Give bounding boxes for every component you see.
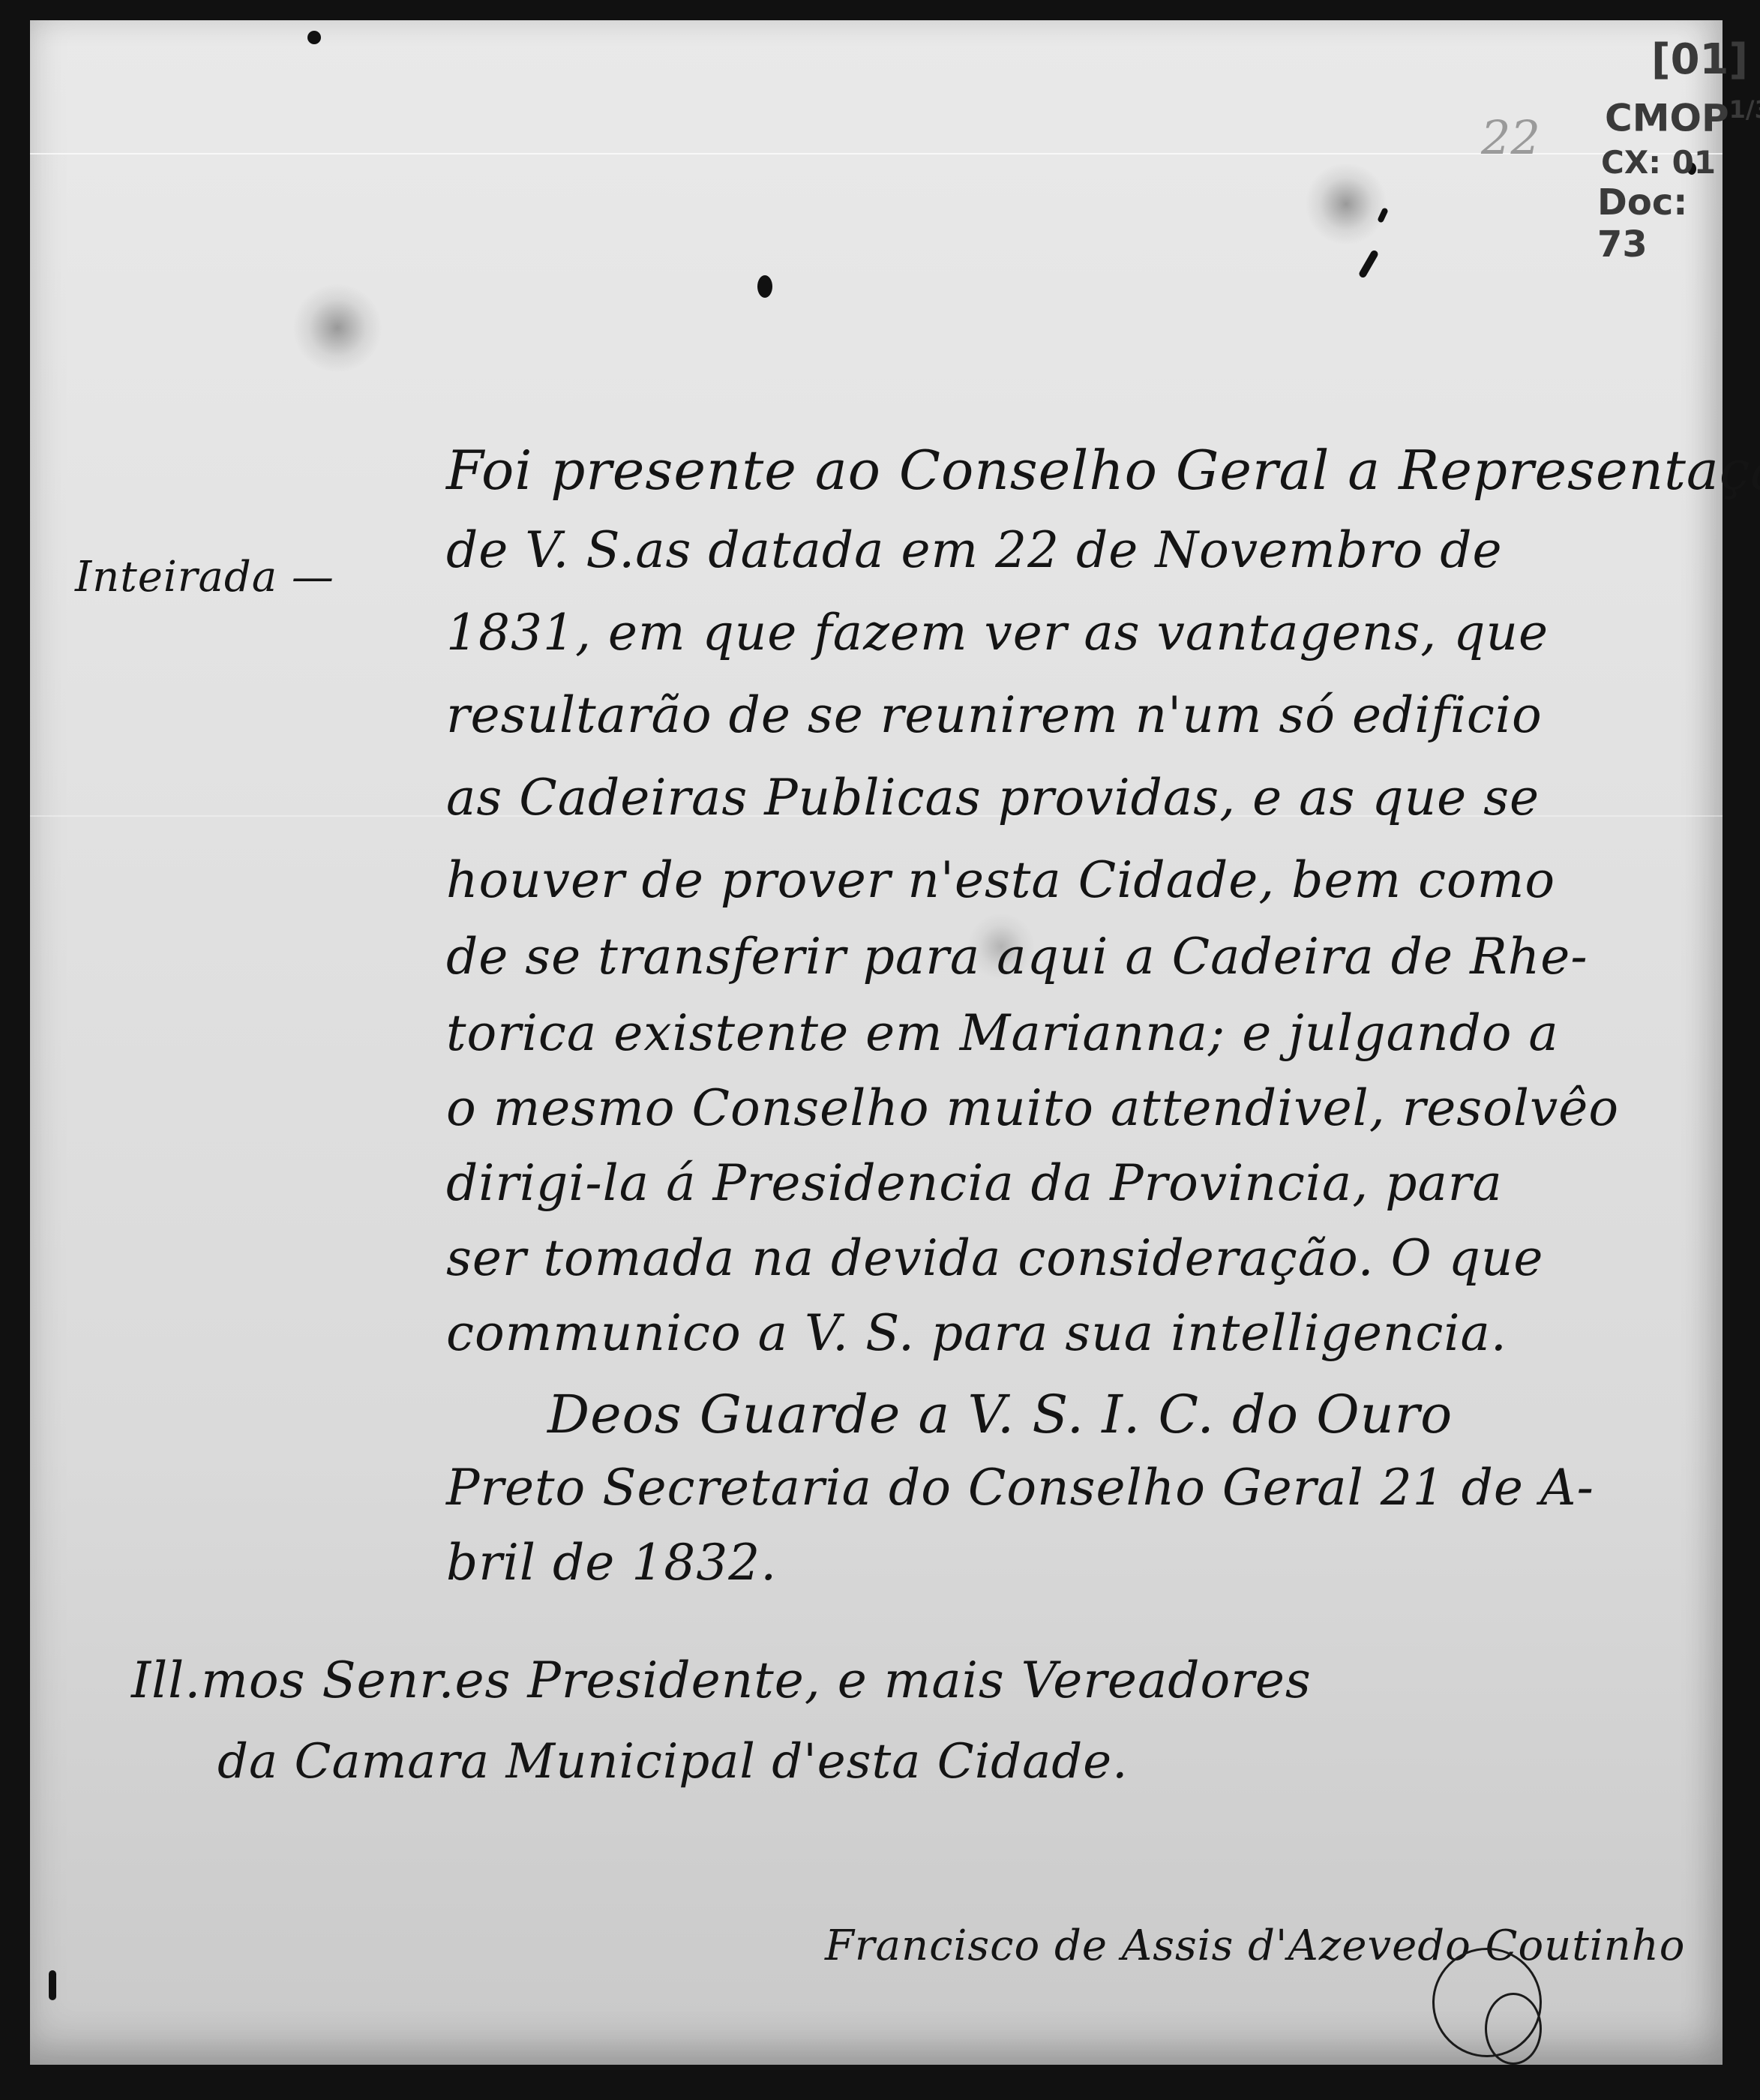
closing-line: Preto Secretaria do Conselho Geral 21 de… (446, 1459, 1594, 1516)
scan-artifact-line (30, 153, 1723, 154)
ink-dot (307, 31, 321, 44)
foxing-stain (1305, 163, 1387, 245)
body-line: resultarão de se reunirem n'um só edific… (446, 686, 1543, 744)
margin-note: Inteirada — (75, 553, 334, 601)
ink-blot (757, 275, 772, 298)
scanned-document: [01] CMOP1/3 CX: 01 Doc: 73 22 Inteirada… (0, 0, 1760, 2100)
ink-stroke (49, 1970, 56, 2000)
body-line: torica existente em Marianna; e julgando… (446, 1004, 1559, 1062)
body-line: houver de prover n'esta Cidade, bem como (446, 851, 1555, 909)
archive-collection-code: CMOP (1605, 97, 1729, 140)
signature-name: Francisco de Assis d'Azevedo Coutinho (825, 1921, 1685, 1970)
archive-box: CX: 01 (1601, 144, 1716, 181)
foxing-stain (292, 283, 382, 373)
body-line: dirigi-la á Presidencia da Provincia, pa… (446, 1154, 1503, 1212)
body-line: ser tomada na devida consideração. O que (446, 1229, 1543, 1287)
body-line: communico a V. S. para sua intelligencia… (446, 1304, 1507, 1362)
body-line: o mesmo Conselho muito attendivel, resol… (446, 1079, 1619, 1137)
closing-line: Deos Guarde a V. S. I. C. do Ouro (547, 1384, 1453, 1445)
ink-stroke (1358, 249, 1380, 279)
closing-line: bril de 1832. (446, 1534, 777, 1591)
body-line: de V. S.as datada em 22 de Novembro de (446, 521, 1503, 579)
addressee-line: da Camara Municipal d'esta Cidade. (217, 1734, 1128, 1789)
archive-box-number: [01] (1651, 35, 1748, 84)
folio-number: 22 (1481, 110, 1540, 165)
body-line: 1831, em que fazem ver as vantagens, que (446, 604, 1549, 661)
paper-page: [01] CMOP1/3 CX: 01 Doc: 73 22 Inteirada… (30, 20, 1723, 2065)
body-line: de se transferir para aqui a Cadeira de … (446, 928, 1588, 985)
archive-collection: CMOP1/3 (1605, 95, 1760, 140)
signature-flourish (1485, 1993, 1542, 2065)
body-line: as Cadeiras Publicas providas, e as que … (446, 769, 1540, 826)
archive-document-number: Doc: 73 (1597, 181, 1723, 265)
body-line: Foi presente ao Conselho Geral a Represe… (446, 439, 1760, 502)
addressee-line: Ill.mos Senr.es Presidente, e mais Verea… (131, 1651, 1312, 1709)
archive-collection-fraction: 1/3 (1729, 95, 1760, 124)
